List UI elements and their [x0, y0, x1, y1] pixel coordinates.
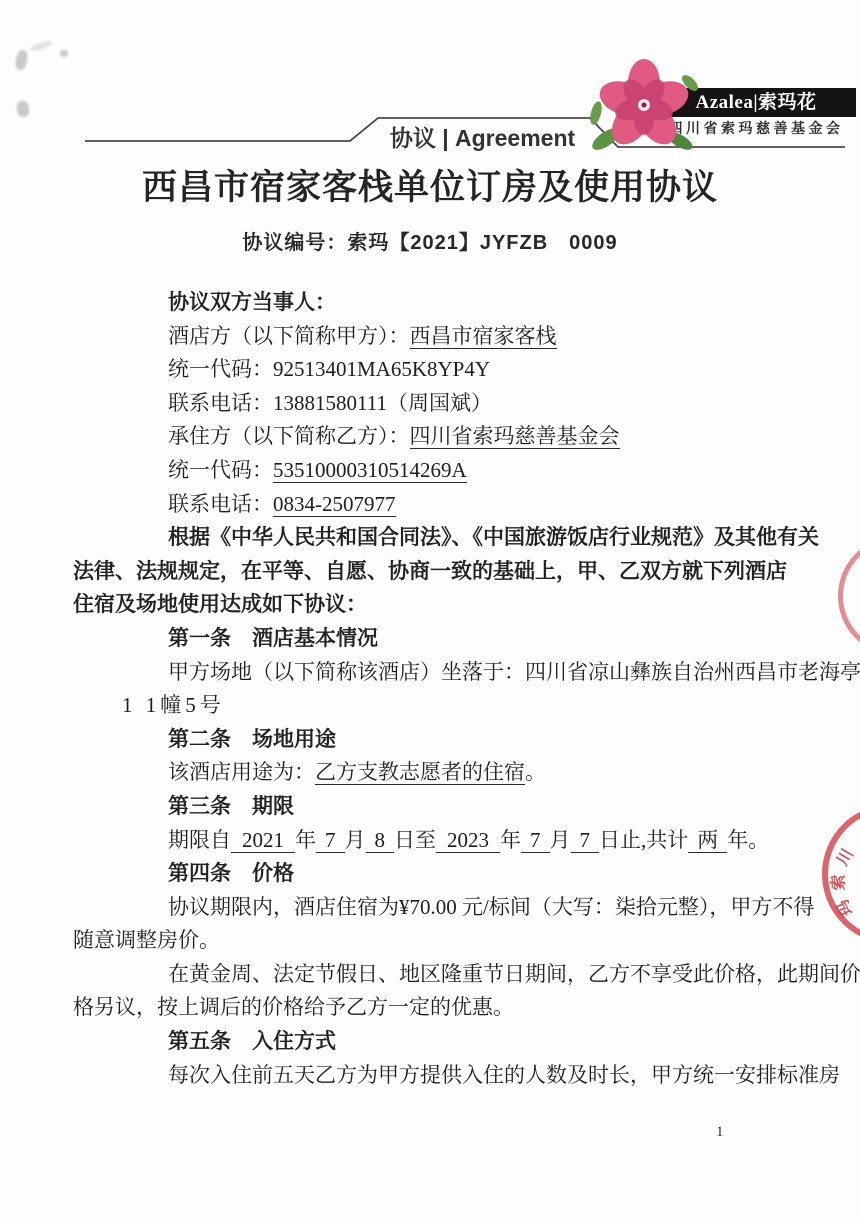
- article-4-line: 在黄金周、法定节假日、地区隆重节日期间，乙方不享受此价格，此期间价: [73, 958, 803, 992]
- ribbon-label: 协议 | Agreement: [375, 120, 590, 153]
- page-number: 1: [716, 1124, 724, 1141]
- article-2-heading: 第二条 场地用途: [73, 723, 803, 757]
- article-1-line: 甲方场地（以下简称该酒店）坐落于：四川省凉山彝族自治州西昌市老海亭: [73, 656, 803, 690]
- party-a-phone-label: 联系电话：: [168, 391, 273, 415]
- party-a-label: 酒店方（以下简称甲方）：: [168, 324, 410, 348]
- party-a-phone-line: 联系电话：13881580111（周国斌）: [73, 387, 803, 421]
- term-start-month: 7: [316, 828, 345, 853]
- party-b-line: 承住方（以下简称乙方）：四川省索玛慈善基金会: [73, 420, 803, 454]
- party-a-code-value: 92513401MA65K8YP4Y: [273, 357, 490, 381]
- party-b-value: 四川省索玛慈善基金会: [410, 424, 620, 449]
- party-b-phone-label: 联系电话：: [168, 492, 273, 516]
- logo-banner-text: Azalea|索玛花: [695, 92, 816, 113]
- azalea-flower-icon: [584, 55, 704, 165]
- term-end-year: 2023: [436, 828, 500, 853]
- term-end-month: 7: [521, 828, 550, 853]
- party-a-code-line: 统一代码：92513401MA65K8YP4Y: [73, 353, 803, 387]
- party-b-phone-line: 联系电话：0834-2507977: [73, 488, 803, 522]
- term-segment: 月: [345, 828, 366, 852]
- party-b-code-label: 统一代码：: [168, 458, 273, 482]
- term-segment: 年: [500, 828, 521, 852]
- org-logo: Azalea|索玛花 四川省索玛慈善基金会: [578, 55, 860, 155]
- term-segment: 年。: [727, 828, 769, 852]
- agreement-number: 协议编号：索玛【2021】JYFZB 0009: [0, 226, 860, 255]
- article-2-line: 该酒店用途为：乙方支教志愿者的住宿。: [73, 756, 803, 790]
- party-b-phone-value: 0834-2507977: [273, 492, 396, 517]
- article-2-value: 乙方支教志愿者的住宿: [315, 760, 525, 785]
- scan-smudge: [14, 49, 29, 71]
- seal-glyph: 索: [826, 874, 849, 890]
- article-4-heading: 第四条 价格: [73, 857, 803, 891]
- article-1-line: 1 1幢5号: [73, 689, 803, 723]
- document-title: 西昌市宿家客栈单位订房及使用协议: [0, 160, 860, 210]
- article-2-suffix: 。: [525, 760, 546, 784]
- party-b-label: 承住方（以下简称乙方）：: [168, 424, 410, 448]
- article-5-heading: 第五条 入住方式: [73, 1025, 803, 1059]
- intro-line: 根据《中华人民共和国合同法》、《中国旅游饭店行业规范》及其他有关: [73, 521, 803, 555]
- document-page: 协议 | Agreement Azalea|索玛花 四川省索玛慈善基金会: [0, 0, 860, 1221]
- party-a-value: 西昌市宿家客栈: [410, 324, 557, 349]
- parties-heading: 协议双方当事人：: [73, 286, 803, 320]
- term-segment: 日至: [394, 828, 436, 852]
- red-seal-partial-top: [838, 536, 860, 656]
- intro-line: 法律、法规规定，在平等、自愿、协商一致的基础上，甲、乙双方就下列酒店: [73, 555, 803, 589]
- article-1-heading: 第一条 酒店基本情况: [73, 622, 803, 656]
- article-4-line: 格另议，按上调后的价格给予乙方一定的优惠。: [73, 991, 803, 1025]
- party-a-phone-value: 13881580111（周国斌）: [273, 391, 492, 415]
- article-4-line: 随意调整房价。: [73, 924, 803, 958]
- party-b-code-value: 53510000310514269A: [273, 458, 467, 483]
- term-segment: 年: [295, 828, 316, 852]
- scan-smudge: [60, 50, 68, 57]
- term-segment: 月: [550, 828, 571, 852]
- party-a-code-label: 统一代码：: [168, 357, 273, 381]
- scan-smudge: [30, 40, 53, 53]
- intro-line: 住宿及场地使用达成如下协议：: [73, 588, 803, 622]
- term-end-day: 7: [571, 828, 600, 853]
- term-start-year: 2021: [231, 828, 295, 853]
- article-3-heading: 第三条 期限: [73, 790, 803, 824]
- term-segment: 期限自: [168, 828, 231, 852]
- article-5-line: 每次入住前五天乙方为甲方提供入住的人数及时长，甲方统一安排标准房: [73, 1059, 803, 1093]
- term-segment: 日止,共计: [599, 828, 688, 852]
- term-start-day: 8: [366, 828, 395, 853]
- term-line: 期限自2021年7月8日至2023年7月7日止,共计两年。: [73, 824, 803, 858]
- article-2-prefix: 该酒店用途为：: [168, 760, 315, 784]
- document-body: 协议双方当事人： 酒店方（以下简称甲方）：西昌市宿家客栈 统一代码：925134…: [73, 286, 803, 1092]
- party-a-line: 酒店方（以下简称甲方）：西昌市宿家客栈: [73, 320, 803, 354]
- article-4-line: 协议期限内，酒店住宿为¥70.00 元/标间（大写：柒拾元整），甲方不得: [73, 891, 803, 925]
- scan-smudge: [16, 100, 30, 118]
- party-b-code-line: 统一代码：53510000310514269A: [73, 454, 803, 488]
- term-total: 两: [688, 828, 727, 853]
